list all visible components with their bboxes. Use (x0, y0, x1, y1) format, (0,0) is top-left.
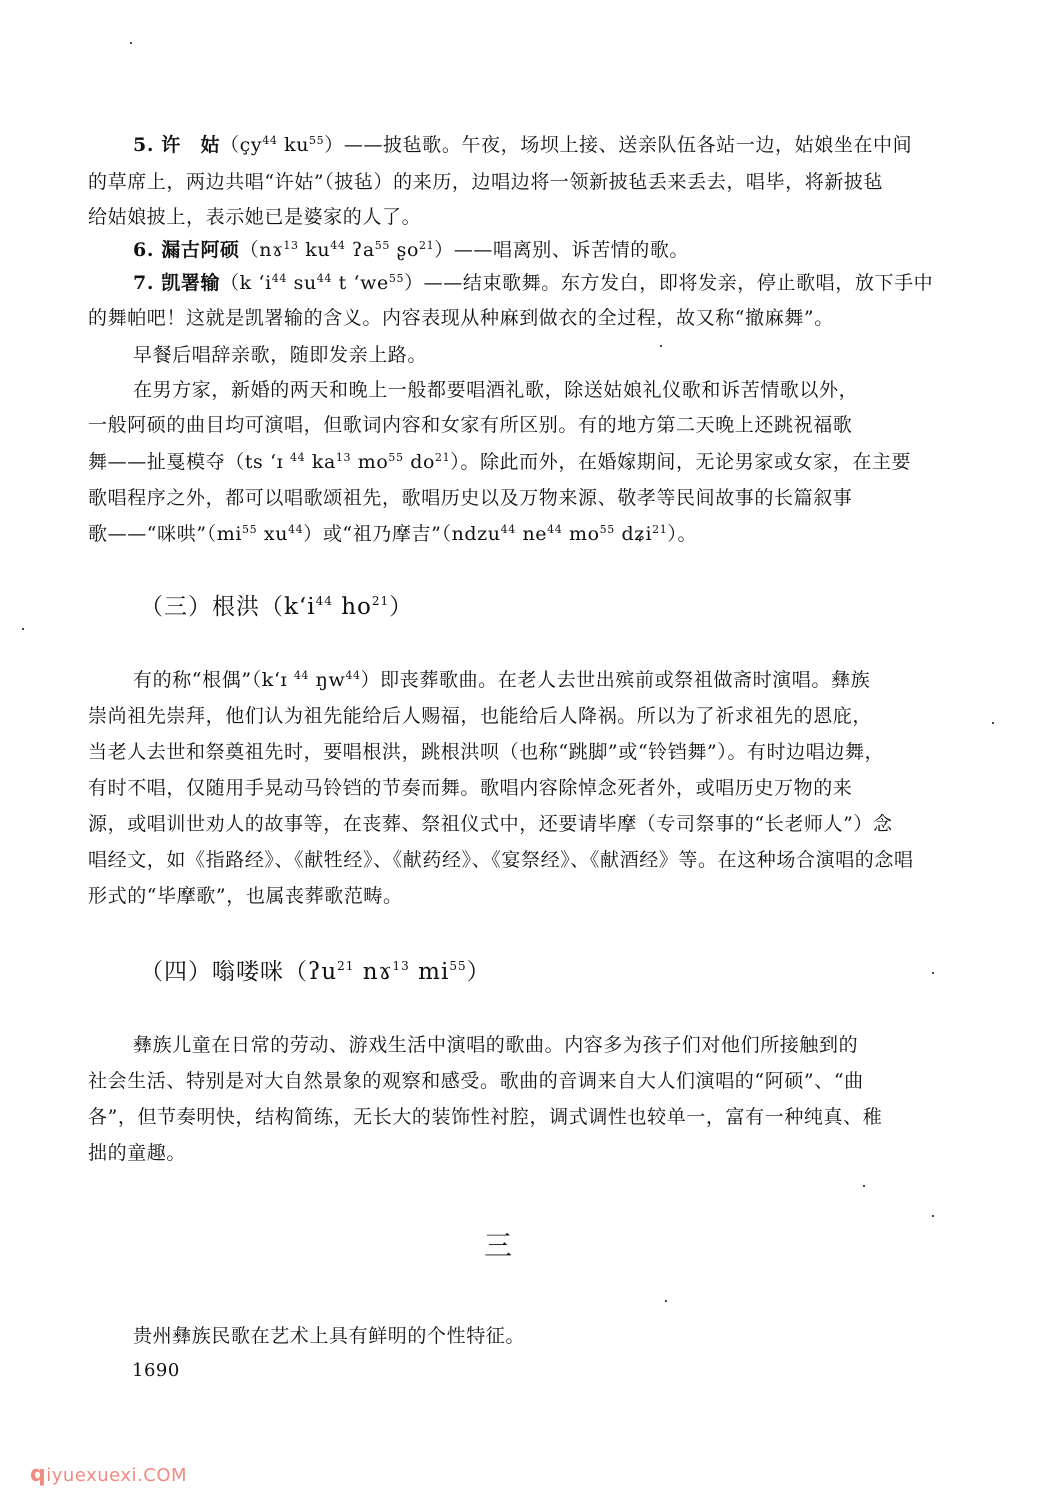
section4-line3: 各”，但节奏明快，结构简练，无长大的装饰性衬腔，调式调性也较单一，富有一种纯真、… (88, 1105, 918, 1129)
section4-line1: 彝族儿童在日常的劳动、游戏生活中演唱的歌曲。内容多为孩子们对他们所接触到的 (133, 1033, 963, 1057)
section3-heading: （三）根洪（k‘i44 ho21） (140, 592, 413, 622)
document-page: 5. 许 姑（çy44 ku55）——披毡歌。午夜，场坝上接、送亲队伍各站一边，… (0, 0, 1056, 1505)
scan-speck (660, 345, 662, 347)
item6-line: 6. 漏古阿硕（nɤ13 ku44 ʔa55 ʂo21）——唱离别、诉苦情的歌。 (133, 238, 963, 262)
scan-speck (932, 1215, 934, 1217)
part-numeral: 三 (484, 1230, 512, 1262)
scan-speck (665, 1300, 667, 1302)
item6-label: 6. 漏古阿硕 (133, 239, 240, 261)
para-groom-line1: 在男方家，新婚的两天和晚上一般都要唱酒礼歌，除送姑娘礼仪歌和诉苦情歌以外， (133, 378, 963, 402)
section3-line5: 源，或唱训世劝人的故事等，在丧葬、祭祖仪式中，还要请毕摩（专司祭事的“长老师人”… (88, 812, 918, 836)
para-groom-line5: 歌——“咪哄”（mi55 xu44）或“祖乃摩吉”（ndzu44 ne44 mo… (88, 522, 918, 546)
section3-line4: 有时不唱，仅随用手晃动马铃铛的节奏而舞。歌唱内容除悼念死者外，或唱历史万物的来 (88, 776, 918, 800)
item7-line2: 的舞帕吧！这就是凯署输的含义。内容表现从种麻到做衣的全过程，故又称“撤麻舞”。 (88, 306, 918, 330)
section3-line6: 唱经文，如《指路经》、《献牲经》、《献药经》、《宴祭经》、《献酒经》等。在这种场… (88, 848, 918, 872)
para-groom-line4: 歌唱程序之外，都可以唱歌颂祖先，歌唱历史以及万物来源、敬孝等民间故事的长篇叙事 (88, 486, 918, 510)
section4-heading: （四）嗡喽咪（ʔu21 nɤ13 mi55） (140, 957, 491, 987)
item7-line1: 7. 凯署输（k ‘i44 su44 t ‘we55）——结束歌舞。东方发白，即… (133, 271, 963, 295)
scan-speck (22, 628, 24, 630)
para-groom-line3: 舞——扯戛模夺（ts ‘ɪ 44 ka13 mo55 do21）。除此而外，在婚… (88, 450, 918, 474)
section3-line2: 崇尚祖先崇拜，他们认为祖先能给后人赐福，也能给后人降祸。所以为了祈求祖先的恩庇， (88, 704, 918, 728)
item5-line1: 5. 许 姑（çy44 ku55）——披毡歌。午夜，场坝上接、送亲队伍各站一边，… (133, 133, 963, 157)
scan-speck (992, 722, 994, 724)
section3-line3: 当老人去世和祭奠祖先时，要唱根洪，跳根洪呗（也称“跳脚”或“铃铛舞”）。有时边唱… (88, 740, 918, 764)
item5-line2: 的草席上，两边共唱“许姑”（披毡）的来历，边唱边将一领新披毡丢来丢去，唱毕，将新… (88, 170, 918, 194)
item5-line3: 给姑娘披上，表示她已是婆家的人了。 (88, 205, 918, 229)
section3-line7: 形式的“毕摩歌”，也属丧葬歌范畴。 (88, 884, 918, 908)
page-number: 1690 (132, 1360, 180, 1382)
scan-speck (863, 1185, 865, 1187)
watermark: qiyuexuexi.COM (30, 1462, 187, 1487)
part3-line1: 贵州彝族民歌在艺术上具有鲜明的个性特征。 (133, 1324, 963, 1348)
scan-speck (932, 972, 934, 974)
item7-label: 7. 凯署输 (133, 272, 220, 294)
para-groom-line2: 一般阿硕的曲目均可演唱，但歌词内容和女家有所区别。有的地方第二天晚上还跳祝福歌 (88, 413, 918, 437)
watermark-logo-icon: q (30, 1462, 46, 1487)
item5-label: 5. 许 姑 (133, 134, 220, 156)
section3-line1: 有的称“根偶”（k‘ɪ 44 ŋw44）即丧葬歌曲。在老人去世出殡前或祭祖做斋时… (133, 668, 963, 692)
para-breakfast: 早餐后唱辞亲歌，随即发亲上路。 (133, 343, 963, 367)
section4-line2: 社会生活、特别是对大自然景象的观察和感受。歌曲的音调来自大人们演唱的“阿硕”、“… (88, 1069, 918, 1093)
scan-speck (130, 42, 132, 44)
section4-line4: 拙的童趣。 (88, 1141, 918, 1165)
